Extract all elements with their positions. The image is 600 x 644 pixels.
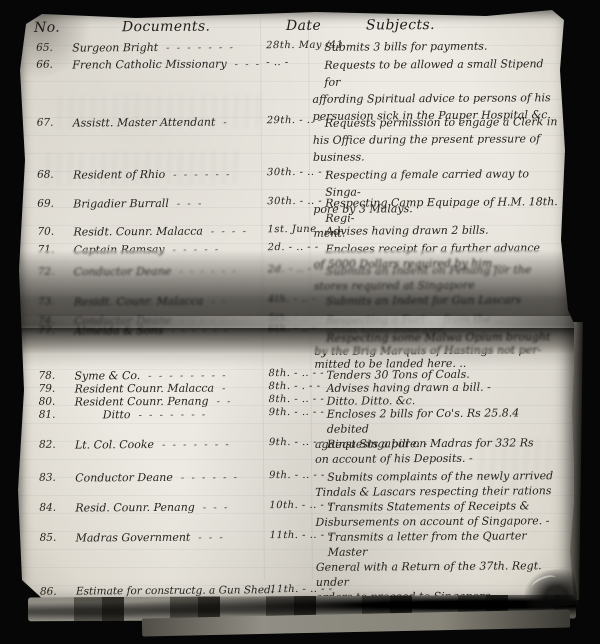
page-corner-curl [522,567,579,612]
entry-number: 70. [37,226,67,238]
document-cell: Conductor Deane- - - - - - [74,264,238,278]
entry-number: 71. [38,244,68,256]
dash-leader: - - - - - - [179,266,237,277]
register-row: 72. Conductor Deane- - - - - - 2d. - .. … [16,262,574,266]
register-content: No. Documents. Date Subjects. 65. Surgeo… [14,8,576,612]
document-cell: Surgeon Bright- - - - - - - [72,40,235,54]
entry-number: 69. [37,198,67,210]
photo-background: No. Documents. Date Subjects. 65. Surgeo… [0,0,600,644]
document-cell: Almeida & Sons- - - - - - [74,323,229,337]
register-row: 83. Conductor Deane- - - - - - 9th. - ..… [17,468,575,472]
document-cell: Lt. Col. Cooke- - - - - - - [75,437,231,451]
register-page: No. Documents. Date Subjects. 65. Surgeo… [16,10,574,610]
entry-number: 84. [39,502,69,514]
entry-number: 68. [37,169,67,181]
dash-leader: - - [217,396,233,407]
dash-leader: - - - [177,199,204,210]
dash-leader: - - - - - - [181,472,239,483]
subject-cell: Submits 3 bills for payments. [312,38,558,55]
register-row: 84. Resid. Counr. Penang- - - 10th. - ..… [17,498,575,502]
entry-number: 83. [39,472,69,484]
dash-leader: - - - [235,59,262,70]
document-cell: Ditto- - - - - - - [103,408,208,422]
dash-leader: - - - - - - [173,169,231,180]
entry-number: 67. [37,117,67,129]
subject-cell: Submits complaints of the newly arrivedT… [315,468,561,500]
dash-leader: - - - - - [173,245,221,256]
document-cell: Residt. Counr. Malacca- - [74,294,227,308]
register-row: 85. Madras Government- - - 11th. - .. - … [18,528,576,532]
entry-number: 79. [39,383,69,395]
dash-leader: - - [211,296,227,307]
dash-leader: - [223,117,228,128]
document-cell: Assistt. Master Attendant- [73,115,229,129]
dash-leader: - - - - - - - [166,42,235,53]
register-row: 78. Syme & Co.- - - - - - - - 8th. - .. … [16,366,574,370]
entry-number: 72. [38,266,68,278]
document-cell: Resident Counr. Penang- - [75,394,233,408]
document-cell: Brigadier Burrall- - - [73,197,203,211]
document-cell: French Catholic Missionary- - - [72,57,261,71]
entry-number: 73. [38,296,68,308]
entry-number: 66. [36,59,66,71]
header-documents: Documents. [122,19,210,36]
entry-number: 82. [39,439,69,451]
document-cell: Madras Government- - - [76,530,225,544]
header-date: Date [286,18,321,34]
document-cell: Resident Counr. Malacca- [75,381,228,395]
dash-leader: - - - - - - - [162,439,231,450]
dash-leader: - - - - - - - - [148,370,227,382]
register-row: 65. Surgeon Bright- - - - - - - 28th. Ma… [14,38,572,42]
date-cell: 11th. - .. - - [270,583,380,595]
entry-number: 65. [36,42,66,54]
header-no: No. [34,20,60,36]
document-cell: Resident of Rhio- - - - - - [73,167,231,181]
subject-cell: Requests permission to engage a Clerk in… [313,113,559,166]
entry-number: 81. [39,409,69,421]
entry-number: 86. [40,586,70,598]
subject-cell: Submits an Indent on Penang for thestore… [314,262,560,294]
document-cell: Syme & Co.- - - - - - - - [74,368,227,382]
subject-cell: Respecting some Malwa Opium broughtby th… [314,321,560,371]
entry-number: 80. [39,396,69,408]
document-cell: Captain Ramsay- - - - - [74,243,221,257]
subject-cell: Advises having drawn 2 bills. [313,222,559,239]
register-header: No. Documents. Date Subjects. [14,16,572,20]
dash-leader: - - - - - - [171,325,229,336]
subject-cell: Requests a bill on Madras for 332 Rson a… [315,435,561,467]
entry-number: 77. [38,325,68,337]
header-subjects: Subjects. [366,17,435,33]
register-row: 69. Brigadier Burrall- - - 30th. - .. - … [15,194,573,198]
document-cell: Conductor Deane- - - - - - [75,470,239,484]
register-row: 66. French Catholic Missionary- - - - ..… [14,55,572,59]
dash-leader: - - - - [211,226,248,237]
dash-leader: - - - [198,532,225,543]
dash-leader: - - - [203,502,230,513]
register-row: 73. Residt. Counr. Malacca- - 4th. - .. … [16,292,574,296]
register-row: 74. Conductor Deane- - - - - - 5th. - ..… [16,311,574,315]
dash-leader: - - - - - - - [139,410,208,421]
entry-number: 78. [38,370,68,382]
document-cell: Residt. Counr. Malacca- - - - [73,224,248,238]
register-row: 70. Residt. Counr. Malacca- - - - 1st. J… [15,222,573,226]
entry-number: 85. [40,532,70,544]
register-row: 82. Lt. Col. Cooke- - - - - - - 9th. - .… [17,435,575,439]
register-row: 71. Captain Ramsay- - - - - 2d. - .. - -… [16,240,574,244]
dash-leader: - [222,383,227,394]
subject-cell: Submits an Indent for Gun Lascars [314,292,560,309]
subject-cell: Transmits Statements of Receipts &Disbur… [315,498,561,530]
document-cell: Resid. Counr. Penang- - - [75,500,229,514]
